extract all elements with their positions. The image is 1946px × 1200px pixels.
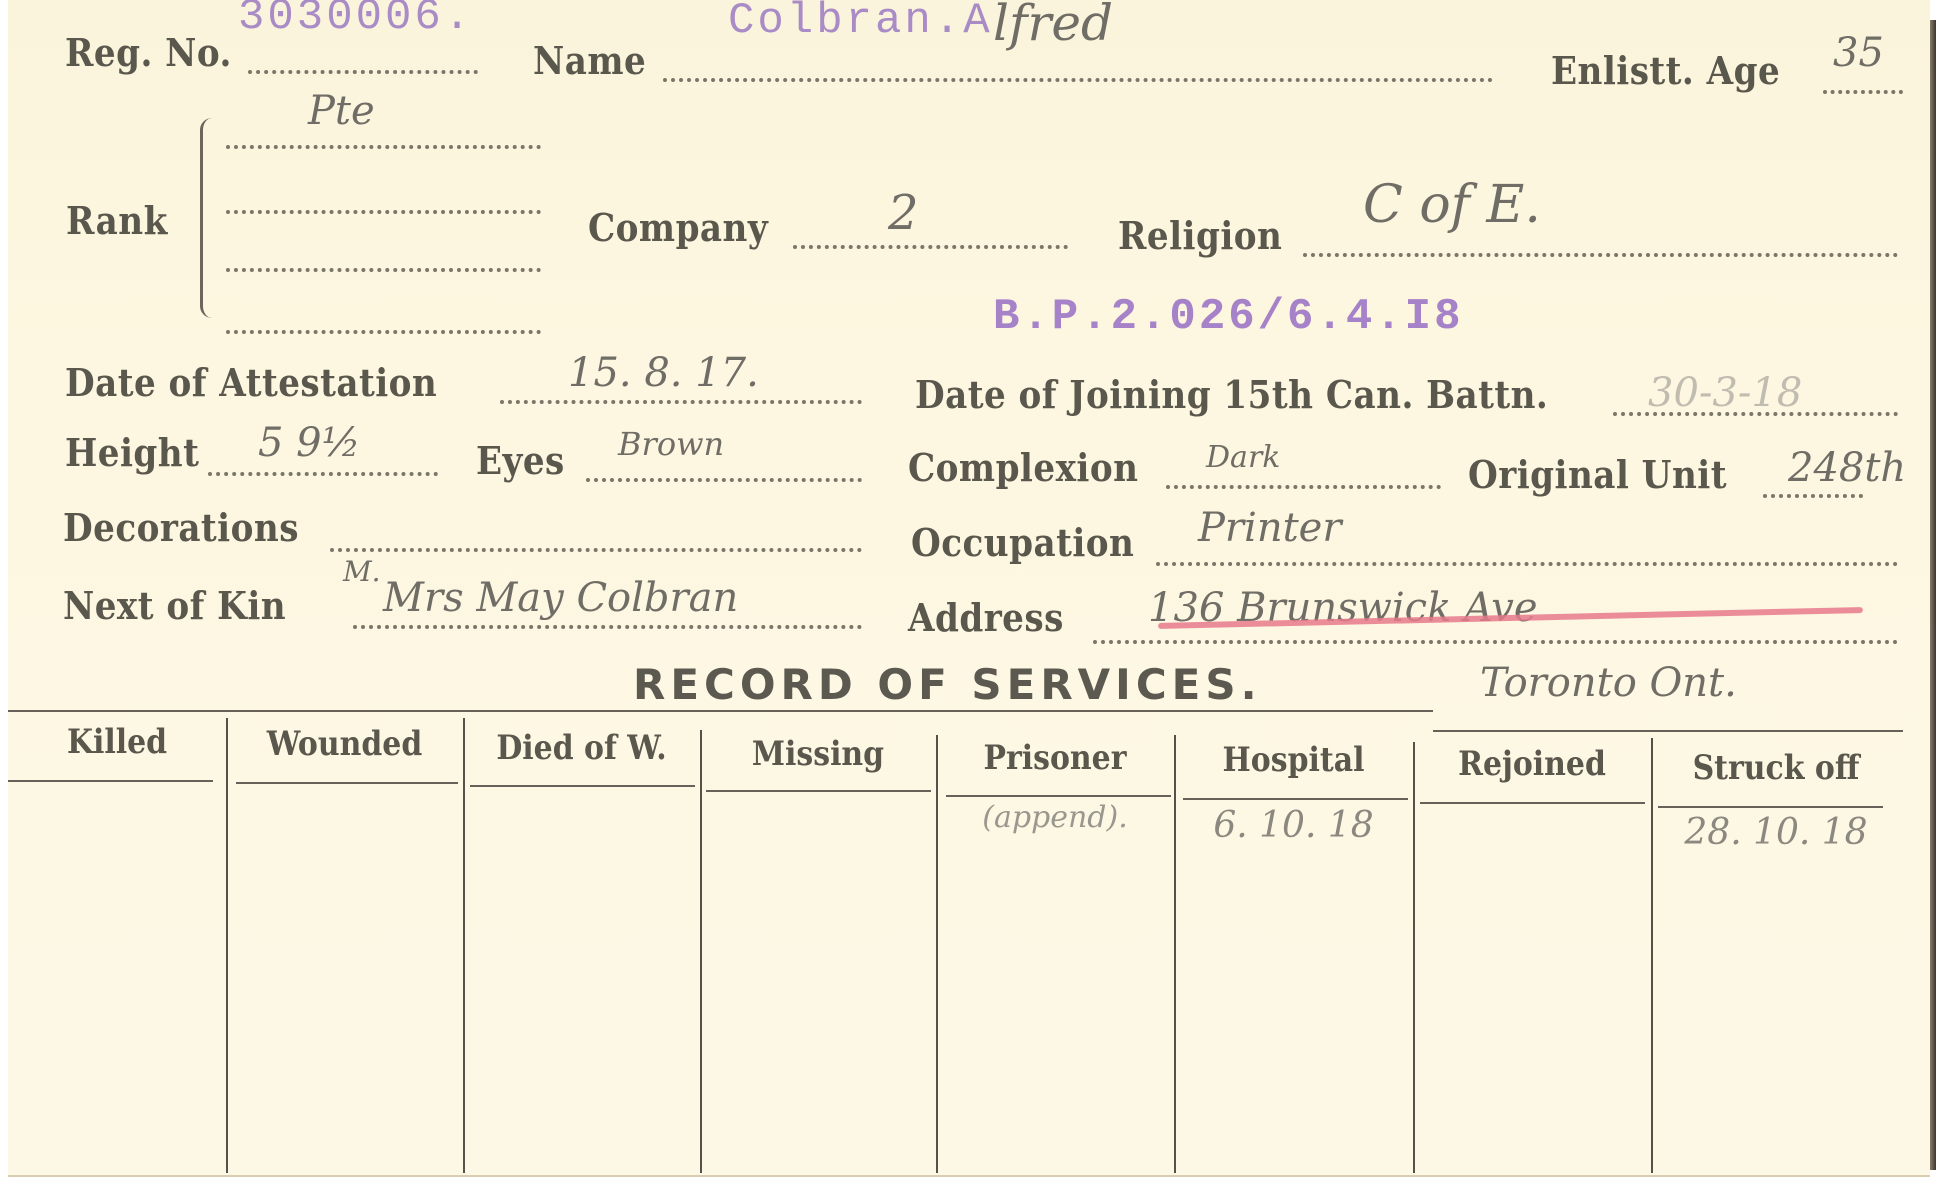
joining-value: 30-3-18 (1648, 370, 1802, 416)
company-value: 2 (888, 185, 919, 241)
complexion-dots (1166, 485, 1441, 489)
rank-value: Pte (308, 88, 375, 134)
header-underline (946, 795, 1171, 797)
complexion-value: Dark (1206, 440, 1280, 475)
eyes-label: Eyes (476, 438, 565, 483)
column-divider (1651, 738, 1653, 1173)
decorations-dots (330, 548, 862, 552)
column-header-rejoined: Rejoined (1427, 744, 1636, 784)
header-underline (236, 782, 458, 784)
enlist-age-label: Enlistt. Age (1551, 48, 1780, 93)
enlist-age-dots (1823, 90, 1903, 94)
cell-struck-off: 28. 10. 18 (1651, 812, 1901, 853)
column-divider (463, 718, 465, 1173)
complexion-label: Complexion (908, 445, 1138, 490)
address-line2: Toronto Ont. (1480, 660, 1737, 706)
header-underline (1183, 798, 1408, 800)
original-unit-label: Original Unit (1468, 452, 1727, 497)
occupation-label: Occupation (911, 520, 1134, 565)
next-of-kin-label: Next of Kin (63, 583, 286, 628)
column-divider (700, 730, 702, 1173)
column-header-killed: Killed (21, 722, 213, 762)
enlist-age-value: 35 (1833, 30, 1884, 76)
eyes-value: Brown (618, 425, 724, 463)
header-underline (706, 790, 931, 792)
attestation-value: 15. 8. 17. (568, 350, 759, 396)
column-divider (1413, 742, 1415, 1173)
company-dots (793, 245, 1068, 249)
cell-prisoner: (append). (936, 800, 1174, 835)
column-header-hospital: Hospital (1188, 740, 1398, 780)
column-header-wounded: Wounded (240, 724, 449, 764)
company-label: Company (588, 205, 768, 250)
attestation-dots (500, 400, 862, 404)
rank-dots-4 (226, 330, 541, 334)
name-stamp: Colbran.A (728, 0, 993, 46)
rank-dots-3 (226, 268, 541, 272)
name-handwritten: lfred (993, 0, 1113, 52)
column-divider (226, 718, 228, 1173)
next-of-kin-value: Mrs May Colbran (383, 575, 738, 621)
decorations-label: Decorations (63, 505, 299, 550)
service-record-card: Reg. No. 3030006. Name Colbran.A lfred E… (8, 0, 1930, 1177)
table-top-rule (8, 710, 1433, 712)
reg-no-stamp: 3030006. (238, 0, 473, 42)
record-of-services-title: RECORD OF SERVICES. (633, 660, 1262, 709)
header-underline (1420, 802, 1645, 804)
height-value: 5 9½ (258, 420, 360, 466)
next-of-kin-dots (353, 625, 862, 629)
attestation-label: Date of Attestation (65, 360, 437, 405)
next-of-kin-annotation: M. (343, 555, 381, 588)
religion-value: C of E. (1363, 175, 1541, 235)
table-top-rule-right (1433, 730, 1903, 732)
height-dots (208, 472, 438, 476)
reg-no-label: Reg. No. (65, 30, 232, 75)
address-dots (1093, 640, 1898, 644)
occupation-dots (1156, 562, 1898, 566)
address-label: Address (908, 595, 1064, 640)
name-label: Name (533, 38, 646, 83)
column-header-died-of-wounds: Died of W. (477, 728, 686, 768)
joining-label: Date of Joining 15th Can. Battn. (915, 372, 1548, 417)
header-underline (1658, 806, 1883, 808)
original-unit-value: 248th (1788, 445, 1906, 491)
eyes-dots (586, 478, 862, 482)
rank-dots-1 (226, 145, 541, 149)
rank-label: Rank (66, 198, 168, 243)
rank-dots-2 (226, 210, 541, 214)
column-header-missing: Missing (714, 734, 922, 774)
column-header-struck-off: Struck off (1666, 748, 1886, 788)
religion-label: Religion (1118, 213, 1282, 258)
original-unit-dots (1763, 494, 1863, 498)
column-header-prisoner: Prisoner (950, 738, 1159, 778)
occupation-value: Printer (1198, 505, 1341, 551)
reference-stamp: B.P.2.026/6.4.I8 (993, 292, 1463, 342)
cell-hospital: 6. 10. 18 (1174, 805, 1413, 846)
column-divider (1174, 735, 1176, 1173)
name-dots (663, 78, 1493, 82)
header-underline (8, 780, 213, 782)
rank-brace (200, 118, 217, 318)
reg-no-dots (248, 70, 478, 74)
header-underline (470, 785, 695, 787)
height-label: Height (65, 430, 199, 475)
religion-dots (1303, 253, 1898, 257)
